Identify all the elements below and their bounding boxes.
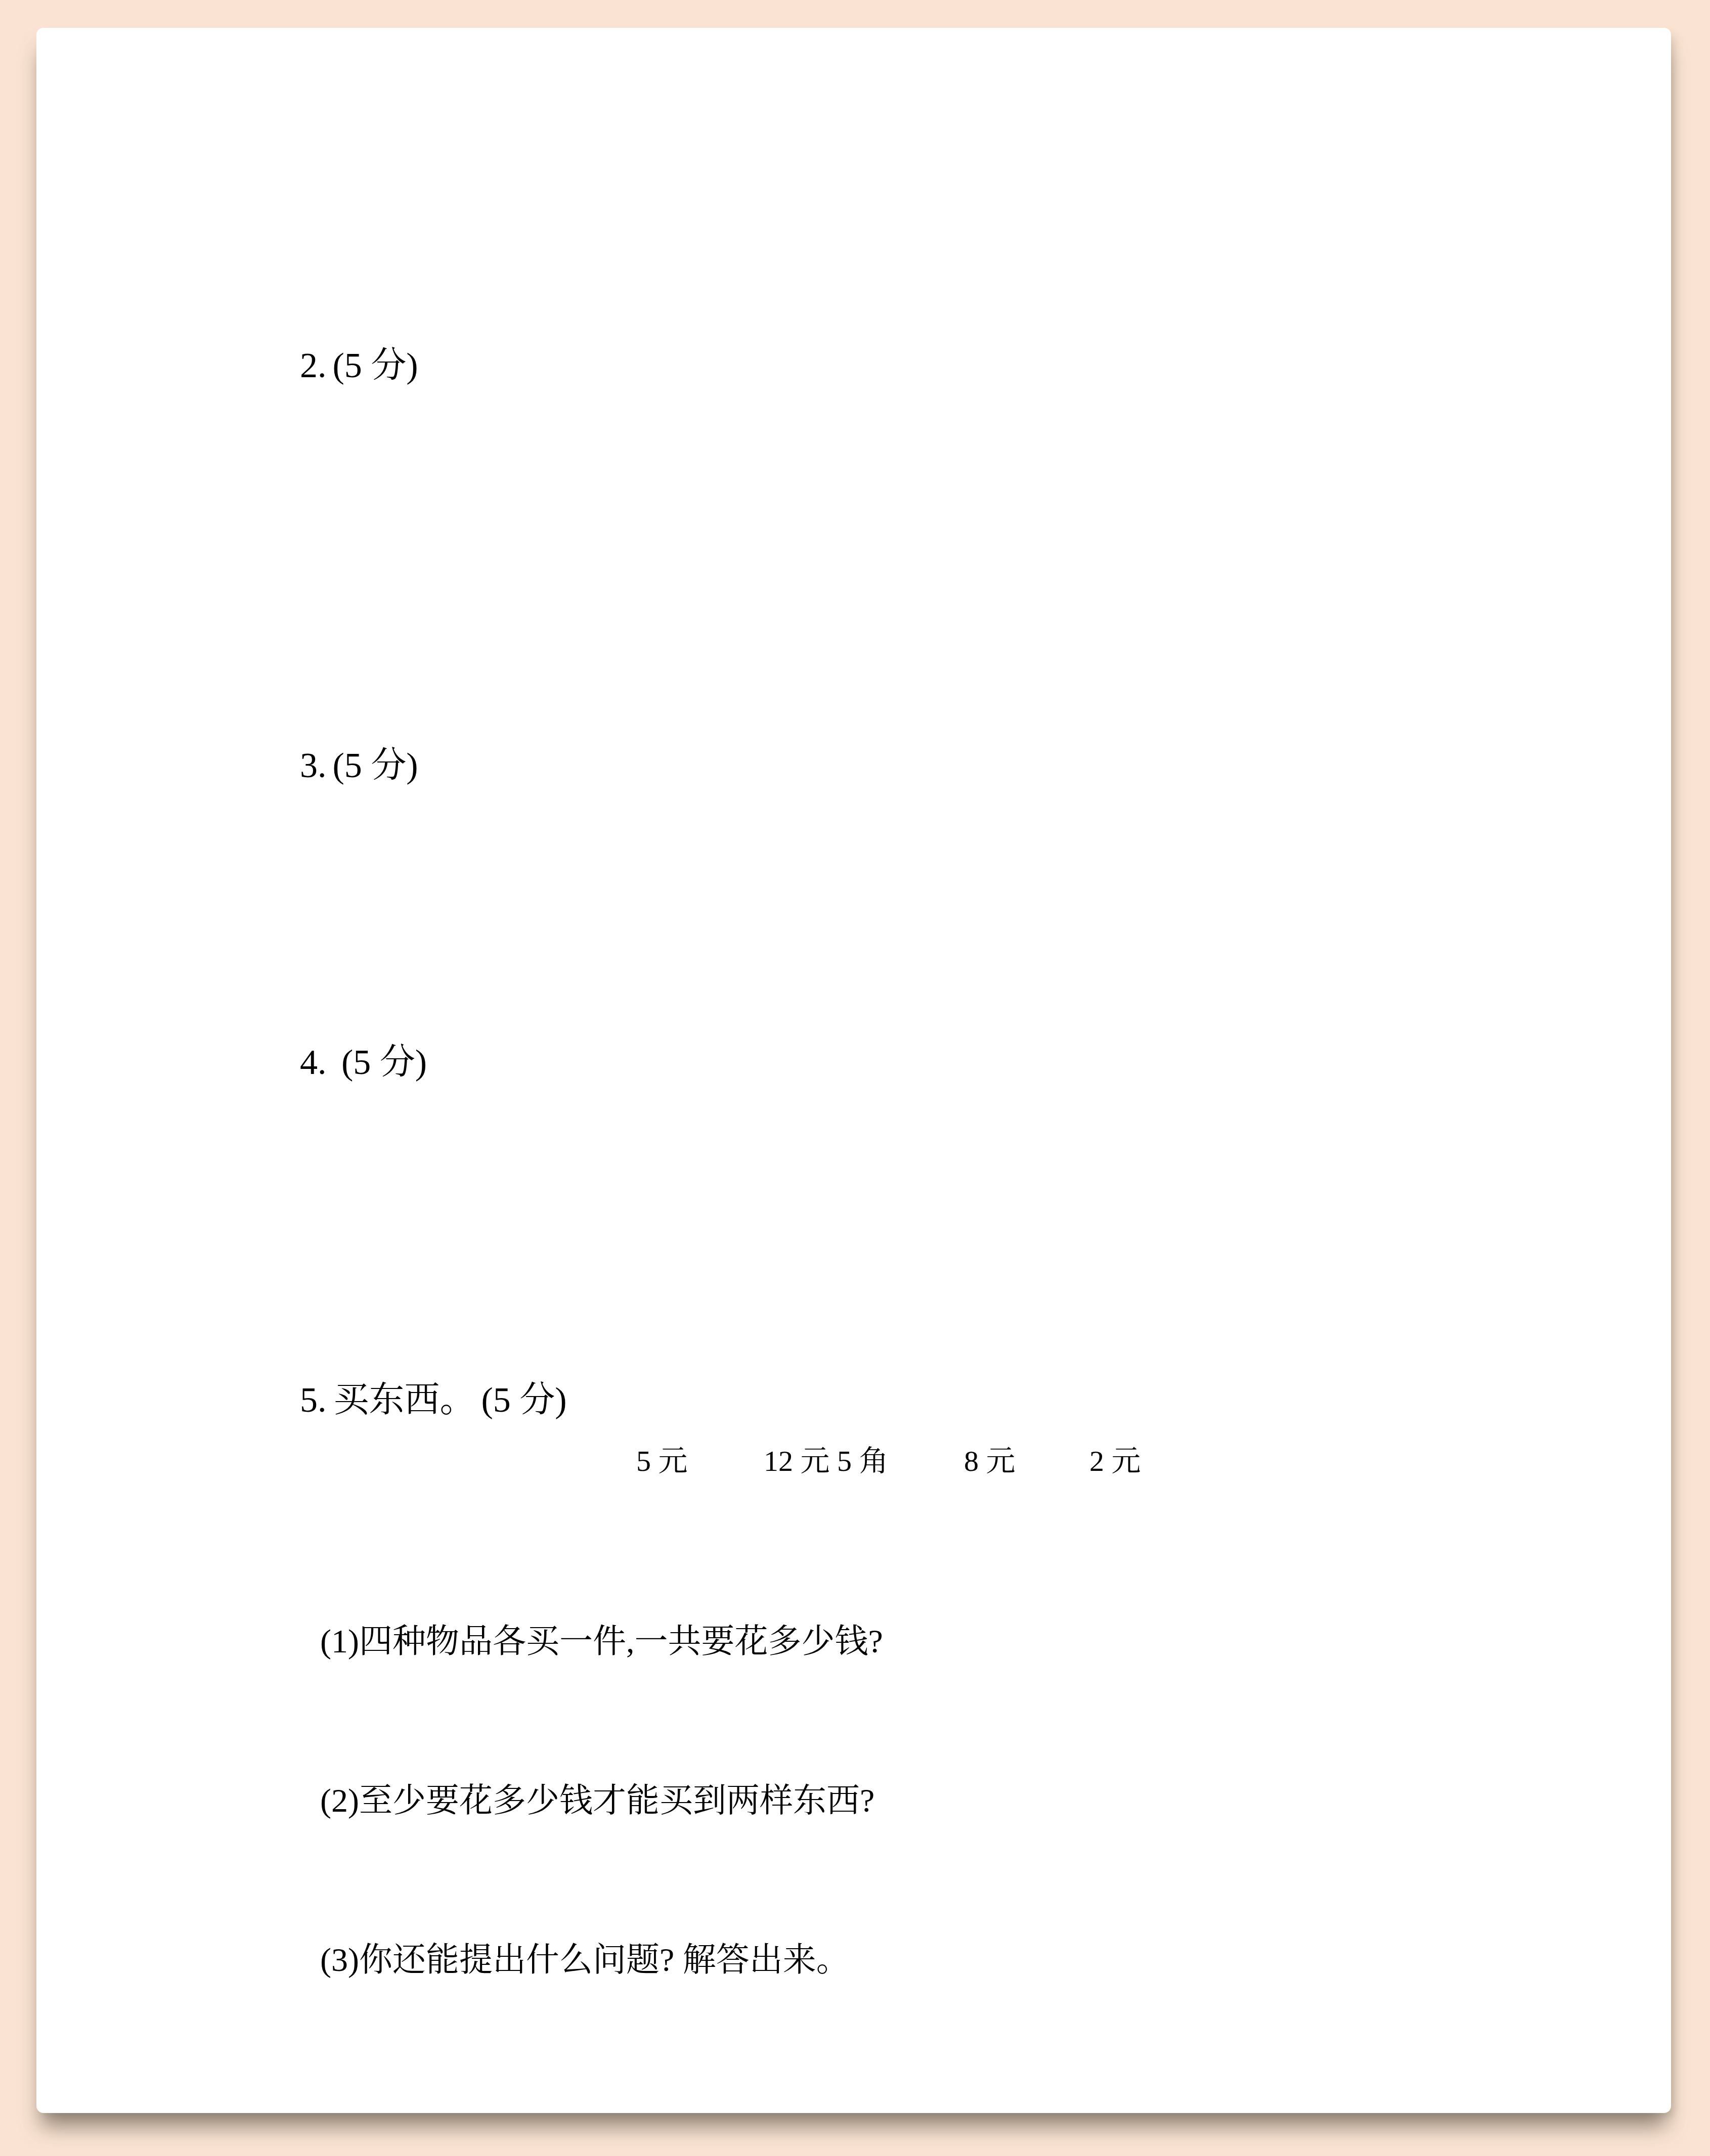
question-4-score: (5 分) [341,1043,427,1082]
question-2-score: (5 分) [333,346,418,385]
question-5-number: 5. [300,1381,327,1420]
sub-question-1: (1)四种物品各买一件,一共要花多少钱? [320,1615,883,1668]
price-label-3: 8 元 [964,1447,1016,1476]
question-5-heading: 5.买东西。(5 分) [300,1383,567,1418]
question-3-number: 3. [300,746,327,785]
question-4-number: 4. [300,1043,335,1082]
sub-questions-block: (1)四种物品各买一件,一共要花多少钱? (2)至少要花多少钱才能买到两样东西?… [320,1509,883,2093]
question-5-score: (5 分) [481,1381,567,1420]
worksheet-page: 2.(5 分) 3.(5 分) 4. (5 分) 5.买东西。(5 分) 5 元… [36,28,1671,2113]
question-4-heading: 4. (5 分) [300,1045,427,1081]
sub-question-2: (2)至少要花多少钱才能买到两样东西? [320,1774,883,1827]
price-label-4: 2 元 [1089,1447,1141,1476]
question-2-heading: 2.(5 分) [300,348,418,384]
sub-question-3: (3)你还能提出什么问题? 解答出来。 [320,1934,883,1987]
question-2-number: 2. [300,346,327,385]
question-3-heading: 3.(5 分) [300,748,418,784]
question-3-score: (5 分) [333,746,418,785]
question-5-title: 买东西。 [334,1381,475,1420]
price-label-2: 12 元 5 角 [764,1447,889,1476]
price-label-1: 5 元 [636,1447,688,1476]
